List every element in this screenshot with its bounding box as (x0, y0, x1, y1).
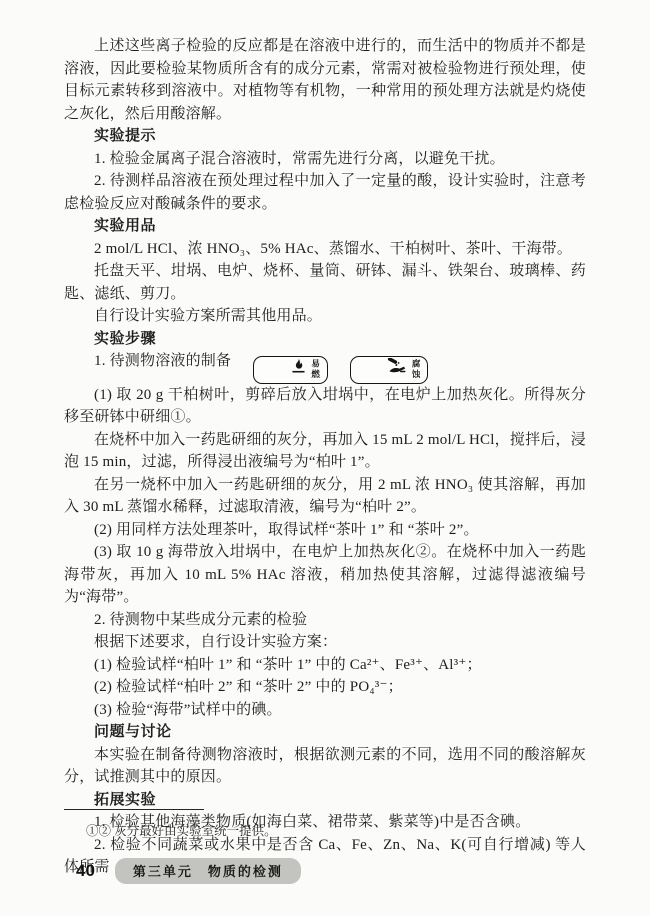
page-footer: 40 第三单元 物质的检测 (76, 858, 301, 884)
unit-badge: 第三单元 物质的检测 (115, 858, 301, 884)
step2-title-line: 2. 待测物中某些成分元素的检验 (64, 609, 586, 632)
footnote-text: ①② 灰分最好由实验室统一提供。 (86, 822, 277, 840)
section-heading-supplies: 实验用品 (64, 215, 586, 238)
footnote-divider (64, 809, 204, 810)
discussion-paragraph: 本实验在制备待测物溶液时，根据欲测元素的不同，选用不同的酸溶解灰分，试推测其中的… (64, 744, 586, 789)
textbook-page: 上述这些离子检验的反应都是在溶液中进行的，而生活中的物质并不都是溶液，因此要检验… (0, 0, 650, 916)
flammable-hazard-badge: 易燃 (253, 356, 328, 384)
supplies-apparatus: 托盘天平、坩埚、电炉、烧杯、量筒、研钵、漏斗、铁架台、玻璃棒、药匙、滤纸、剪刀。 (64, 260, 586, 305)
section-heading-discussion: 问题与讨论 (64, 721, 586, 744)
corrosive-hazard-badge: 腐蚀 (350, 356, 429, 384)
step-paragraph-7: 根据下述要求，自行设计实验方案： (64, 631, 586, 654)
step-paragraph-3: 在另一烧杯中加入一药匙研细的灰分，用 2 mL 浓 HNO₃ 使其溶解，再加入 … (64, 474, 586, 519)
check-item-1: (1) 检验试样“柏叶 1” 和 “茶叶 1” 中的 Ca²⁺、Fe³⁺、Al³… (64, 654, 586, 677)
corrosive-label: 腐蚀 (412, 359, 421, 380)
section-heading-tips: 实验提示 (64, 125, 586, 148)
step-paragraph-4: (2) 用同样方法处理茶叶，取得试样“茶叶 1” 和 “茶叶 2”。 (64, 519, 586, 542)
section-heading-steps: 实验步骤 (64, 328, 586, 351)
check-item-2: (2) 检验试样“柏叶 2” 和 “茶叶 2” 中的 PO₄³⁻； (64, 676, 586, 699)
step1-title-line: 1. 待测物溶液的制备 易燃 (64, 350, 586, 384)
check-item-3: (3) 检验“海带”试样中的碘。 (64, 699, 586, 722)
flammable-label: 易燃 (311, 359, 320, 380)
step-paragraph-5: (3) 取 10 g 海带放入坩埚中，在电炉上加热灰化②。在烧杯中加入一药匙海带… (64, 541, 586, 609)
tip-item-2: 2. 待测样品溶液在预处理过程中加入了一定量的酸，设计实验时，注意考虑检验反应对… (64, 170, 586, 215)
tip-item-1: 1. 检验金属离子混合溶液时，常需先进行分离，以避免干扰。 (64, 148, 586, 171)
flammable-icon (260, 358, 307, 382)
corrosive-icon (357, 358, 408, 382)
step-paragraph-2: 在烧杯中加入一药匙研细的灰分，再加入 15 mL 2 mol/L HCl，搅拌后… (64, 429, 586, 474)
step-paragraph-1: (1) 取 20 g 干柏树叶，剪碎后放入坩埚中，在电炉上加热灰化。所得灰分移至… (64, 384, 586, 429)
step1-label: 1. 待测物溶液的制备 (94, 353, 231, 369)
section-heading-extension: 拓展实验 (64, 789, 586, 812)
supplies-reagents: 2 mol/L HCl、浓 HNO₃、5% HAc、蒸馏水、干柏树叶、茶叶、干海… (64, 238, 586, 261)
supplies-other: 自行设计实验方案所需其他用品。 (64, 305, 586, 328)
intro-paragraph: 上述这些离子检验的反应都是在溶液中进行的，而生活中的物质并不都是溶液，因此要检验… (64, 35, 586, 125)
page-number: 40 (76, 861, 95, 881)
